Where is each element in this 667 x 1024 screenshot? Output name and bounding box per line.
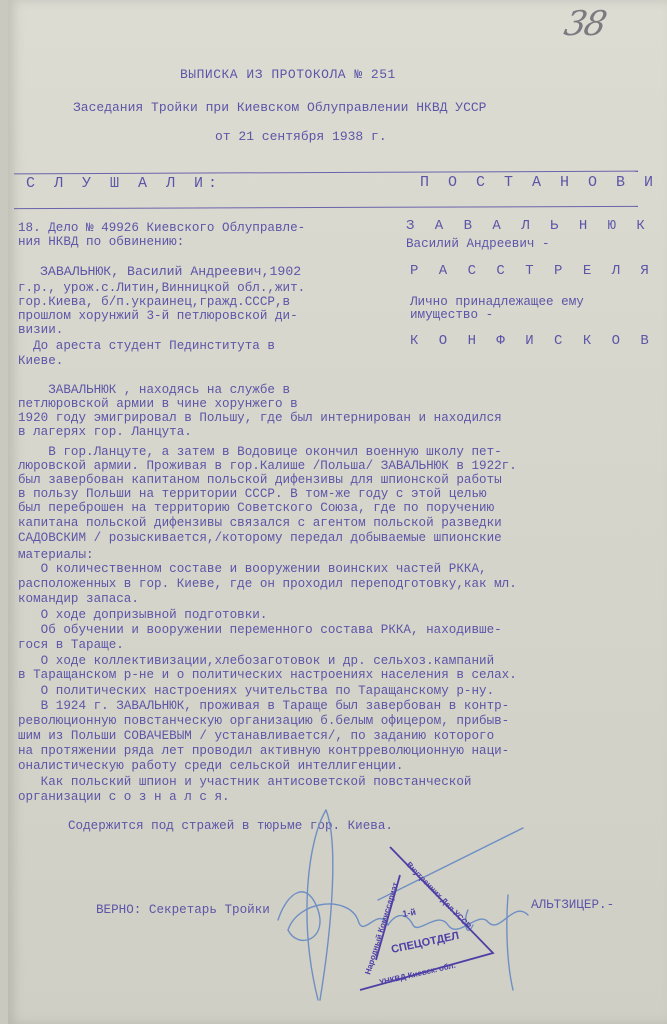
narrative-line: О количественном составе и вооружении во… [18,562,487,576]
property-action: К О Н Ф И С К О В А Т Ь [410,334,667,348]
narrative-line: ЗАВАЛЬНЮК , находясь на службе в [18,383,290,397]
document-subtitle: Заседания Тройки при Киевском Облуправле… [73,101,486,115]
stamp-icon: Народный Комиссариат Внутренних Дел УССР… [348,835,548,995]
narrative-line: в лагерях гор. Ланцута. [18,425,192,439]
property-line: имущество - [410,308,493,322]
accused-line: гор.Киева, б/п.украинец,гражд.СССР,в [18,295,290,309]
narrative-line: шим из Польши СОВАЧЕВЫМ / устанавливаетс… [18,729,494,743]
accused-line: ЗАВАЛЬНЮК, Василий Андреевич,1902 [40,265,301,279]
stamp-left-text: Народный Комиссариат [363,881,400,975]
narrative-line: люровской армии. Проживая в гор.Калише /… [18,459,517,473]
narrative-line: оналистическую работу среди сельской инт… [18,759,403,773]
document-title: ВЫПИСКА ИЗ ПРОТОКОЛА № 251 [180,68,396,82]
stamp-bottom-text: УНКВД Киевск. обл. [378,961,456,987]
case-line: 18. Дело № 49926 Киевского Облуправле- [18,221,305,235]
stamp-right-text: Внутренних Дел УССР [405,860,474,931]
narrative-line: Об обучении и вооружении переменного сос… [18,623,502,637]
narrative-line: командир запаса. [18,592,139,606]
sentence-text: Р А С С Т Р Е Л Я Т Ь [410,264,667,278]
folio-number: 38 [561,4,609,44]
narrative-line: В гор.Ланцуте, а затем в Водовице окончи… [18,445,502,459]
narrative-line: в пользу Польши на территории СССР. В то… [18,487,487,501]
case-line: ния НКВД по обвинению: [18,235,184,249]
narrative-line: революционную повстанческую организацию … [18,714,509,728]
narrative-line: в Таращанском р-не и о политических наст… [18,668,517,682]
narrative-line: организации с о з н а л с я. [18,790,230,804]
narrative-line: О политических настроениях учительства п… [18,684,494,698]
accused-line: г.р., урож.с.Литин,Винницкой обл.,жит. [18,281,305,295]
narrative-line: был переброшен на территорию Советского … [18,501,494,515]
narrative-line: 1920 году эмигрировал в Польшу, где был … [18,411,502,425]
document-page: 38 ВЫПИСКА ИЗ ПРОТОКОЛА № 251 Заседания … [8,0,667,1024]
narrative-line: О ходе коллективизации,хлебозаготовок и … [18,654,494,668]
narrative-line: гося в Тараще. [18,638,124,652]
resolved-column-header: П О С Т А Н О В И Л И: [420,176,667,190]
narrative-line: В 1924 г. ЗАВАЛЬНЮК, проживая в Тараще б… [18,699,509,713]
accused-line: До ареста студент Пединститута в [18,339,275,353]
narrative-line: О ходе допризывной подготовки. [18,608,267,622]
narrative-line: капитана польской дифензивы связался с а… [18,516,502,530]
narrative-line: материалы: [18,548,94,562]
property-line: Лично принадлежащее ему [410,295,584,309]
accused-line: визии. [18,323,63,337]
header-rule-bottom [14,206,638,209]
stamp-top-text: 1-й [402,907,417,919]
narrative-line: Как польский шпион и участник антисоветс… [18,775,471,789]
document-date: от 21 сентября 1938 г. [215,130,387,144]
stamp-center-text: СПЕЦОТДЕЛ [390,930,460,956]
narrative-line: САДОВСКИМ / розыскивается,/которому пере… [18,531,502,545]
accused-line: Киеве. [18,354,63,368]
narrative-line: на протяжении ряда лет проводил активную… [18,744,509,758]
resolved-name-spaced: З А В А Л Ь Н Ю К [406,219,651,233]
narrative-line: расположенных в гор. Киеве, где он прохо… [18,577,517,591]
heard-column-header: С Л У Ш А Л И: [26,177,222,191]
narrative-line: был завербован капитаном польской дифенз… [18,473,502,487]
resolved-name-full: Василий Андреевич - [406,237,550,251]
accused-line: прошлом хорунжий 3-й петлюровской ди- [18,309,298,323]
narrative-line: петлюровской армии в чине хорунжего в [18,397,298,411]
